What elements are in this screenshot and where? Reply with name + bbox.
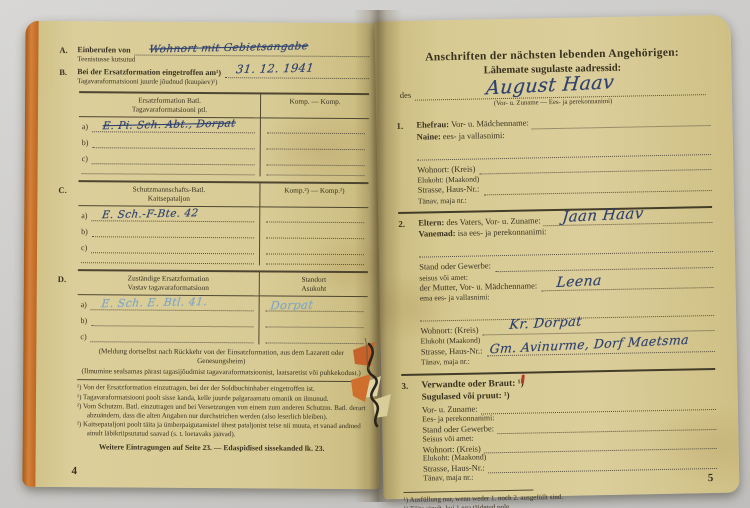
section-2-heading-et-rest: isa ees- ja perekonnanimi: <box>458 227 547 239</box>
blank-fill-line <box>419 241 713 258</box>
section-2-heading-et-bold: Vanemad: <box>418 228 455 239</box>
more-entries-note: Weitere Eintragungen auf Seite 23. — Eda… <box>57 442 367 454</box>
handwritten-father-name: Jaan Haav <box>562 204 645 227</box>
table-b-col2-header: Komp. — Komp. <box>261 94 369 119</box>
section-2-number: 2. <box>398 218 421 368</box>
page-left-content: A. Einberufen von Wohnort mit Gebietsang… <box>35 21 382 489</box>
table-row: b) <box>77 311 259 328</box>
table-row: a) E. Sch. E. Btl. 41. <box>78 295 260 312</box>
footnote-2-de: ²) Vom Schutzm. Batl. einzutragen und be… <box>77 402 367 421</box>
handwritten-mother-name: Leena <box>555 272 602 292</box>
footnote-divider <box>77 379 367 382</box>
section-1-heading-bold: Ehefrau: <box>416 120 449 131</box>
handwritten-unit-entry: E. Pi. Sch. Abt., Dorpat <box>102 117 237 133</box>
section-2-eltern: 2. Eltern: des Vaters, Vor- u. Zuname: J… <box>398 212 715 368</box>
table-row: b) <box>79 133 261 150</box>
section-2-heading-bold: Eltern: <box>418 218 444 228</box>
strasse-label: Strasse, Haus-Nr.: <box>421 346 483 357</box>
handwritten-unit-entry: E. Sch.-F-Bte. 42 <box>101 207 199 222</box>
table-zustaendige-ersatzformation: D. Zuständige Ersatzformation Vastav tag… <box>57 269 368 345</box>
page-number-right: 5 <box>708 471 714 485</box>
section-d-letter: D. <box>57 269 78 343</box>
mutter-label: der Mutter, Vor- u. Mädchenname: <box>419 281 537 293</box>
section-a-label-de: Einberufen von <box>77 45 130 55</box>
section-a: A. Einberufen von Wohnort mit Gebietsang… <box>59 45 369 66</box>
handwritten-unit-entry: E. Sch. E. Btl. 41. <box>101 295 209 311</box>
table-d-col2-header: Standort Asukoht <box>260 272 368 297</box>
section-b: B. Bei der Ersatzformation eingetroffen … <box>59 67 369 88</box>
meldung-note-et: (Ilmumine sealsamas pärast tagasijõudmis… <box>77 367 365 378</box>
handwritten-arrival-date: 31. 12. 1941 <box>235 61 315 77</box>
section-3-number: 3. <box>401 380 423 485</box>
table-row: a) E. Pi. Sch. Abt., Dorpat <box>79 117 261 134</box>
table-ersatzformation: Ersatzformation Batl. Tagavaraformatsioo… <box>59 90 370 176</box>
page-right-content: Anschriften der nächsten lebenden Angehö… <box>374 15 739 500</box>
section-2-heading-rest: des Vaters, Vor- u. Zuname: <box>446 216 540 228</box>
table-schutzmannschaft: C. Schutzmannschafts-Batl. Kaitsepataljo… <box>58 180 369 266</box>
table-c-col1-header: Schutzmannschafts-Batl. Kaitsepataljon <box>78 182 260 207</box>
handwritten-wohnort: Kr. Dorpat <box>509 315 583 335</box>
table-row: c) <box>79 149 261 166</box>
table-d-col1-header: Zuständige Ersatzformation Vastav tagava… <box>78 271 260 296</box>
page-left: A. Einberufen von Wohnort mit Gebietsang… <box>22 21 382 489</box>
section-1-number: 1. <box>396 120 418 206</box>
section-1-heading-et-rest: ees- ja vallasnimi: <box>443 129 505 140</box>
handwritten-callup-entry: Wohnort mit Gebietsangabe <box>149 40 310 56</box>
table-b-col1-header: Ersatzformation Batl. Tagavaraformatsioo… <box>79 93 261 118</box>
table-c-col2-header: Komp.²) — Komp.²) <box>260 183 368 208</box>
footnote-divider <box>403 489 533 492</box>
stand-gewerbe-label: Stand oder Gewerbe: <box>419 261 491 272</box>
section-b-label-de: Bei der Ersatzformation eingetroffen am¹… <box>77 67 221 78</box>
section-1-ehefrau: 1. Ehefrau: Vor- u. Mädchenname: Naine: … <box>396 114 712 206</box>
section-a-letter: A. <box>59 45 77 64</box>
des-label: des <box>400 89 412 100</box>
section-1-heading-et-bold: Naine: <box>417 131 441 141</box>
page-right: Anschriften der nächsten lebenden Angehö… <box>374 15 739 500</box>
section-b-letter: B. <box>59 67 77 86</box>
section-c-letter: C. <box>58 180 79 264</box>
meldung-note-de: (Meldung dortselbst nach Rückkehr von de… <box>77 347 365 367</box>
table-row: a) E. Sch.-F-Bte. 42 <box>78 206 260 223</box>
wohnort-label: Wohnort: (Kreis) <box>417 163 475 174</box>
wohnort-label: Wohnort: (Kreis) <box>420 325 478 336</box>
strasse-label: Strasse, Haus-Nr.: <box>418 184 480 195</box>
page-number-left: 4 <box>71 465 77 479</box>
handwritten-owner-name: August Haav <box>485 70 615 101</box>
section-3-verwandte: 3. Verwandte oder Braut: ¹) Sugulased võ… <box>401 374 717 485</box>
table-row: b) <box>78 222 260 239</box>
table-row: c) <box>77 327 259 344</box>
handwritten-standort: Dorpat <box>270 297 315 312</box>
footnote-2-et: ²) Kaitsepataljoni poolt täita ja ümberp… <box>77 420 367 439</box>
blank-fill-line <box>417 144 711 161</box>
table-row: c) <box>78 238 260 255</box>
section-1-heading-rest: Vor- u. Mädchenname: <box>451 118 529 129</box>
